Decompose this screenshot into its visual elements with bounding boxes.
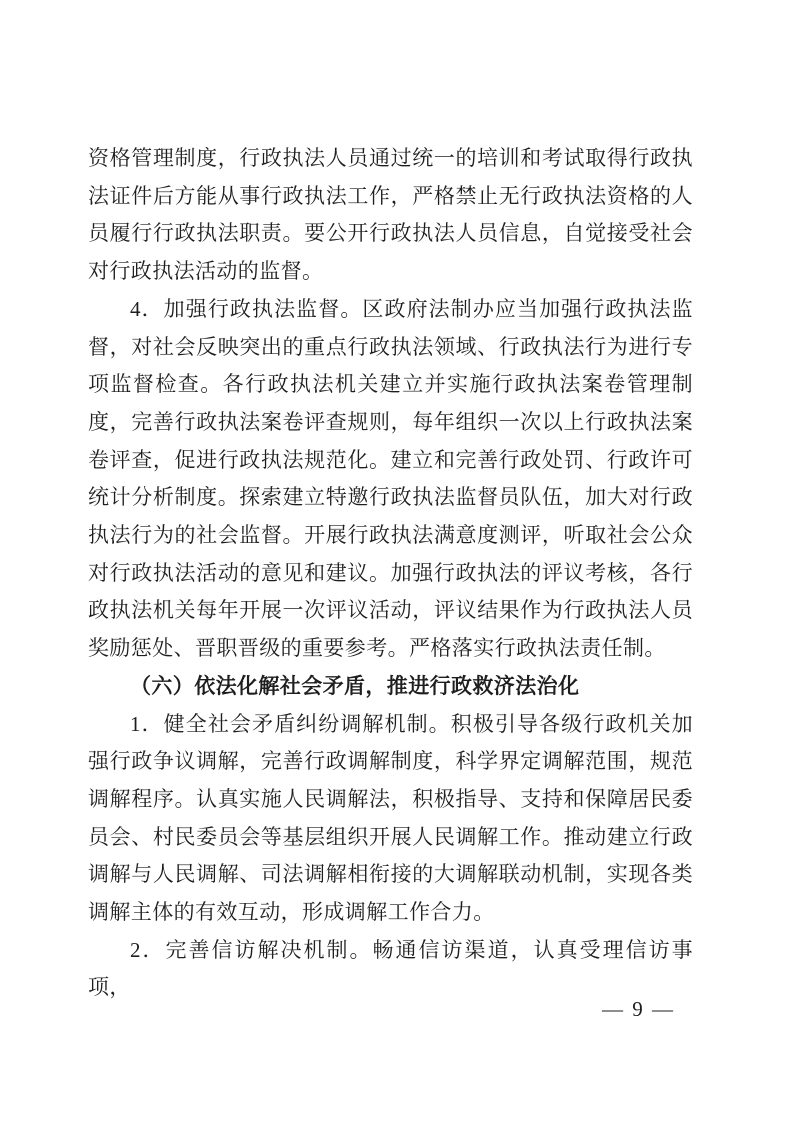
paragraph-item-1: 1．健全社会矛盾纠纷调解机制。积极引导各级行政机关加强行政争议调解，完善行政调解… <box>88 706 693 932</box>
document-body: 资格管理制度，行政执法人员通过统一的培训和考试取得行政执法证件后方能从事行政执法… <box>88 140 693 1007</box>
paragraph-continuation: 资格管理制度，行政执法人员通过统一的培训和考试取得行政执法证件后方能从事行政执法… <box>88 140 693 291</box>
document-page: 资格管理制度，行政执法人员通过统一的培训和考试取得行政执法证件后方能从事行政执法… <box>0 0 793 1122</box>
paragraph-item-4: 4．加强行政执法监督。区政府法制办应当加强行政执法监督，对社会反映突出的重点行政… <box>88 291 693 668</box>
paragraph-item-2: 2．完善信访解决机制。畅通信访渠道，认真受理信访事项， <box>88 932 693 1007</box>
section-heading-6: （六）依法化解社会矛盾，推进行政救济法治化 <box>88 668 693 706</box>
page-number: — 9 — <box>602 997 675 1022</box>
